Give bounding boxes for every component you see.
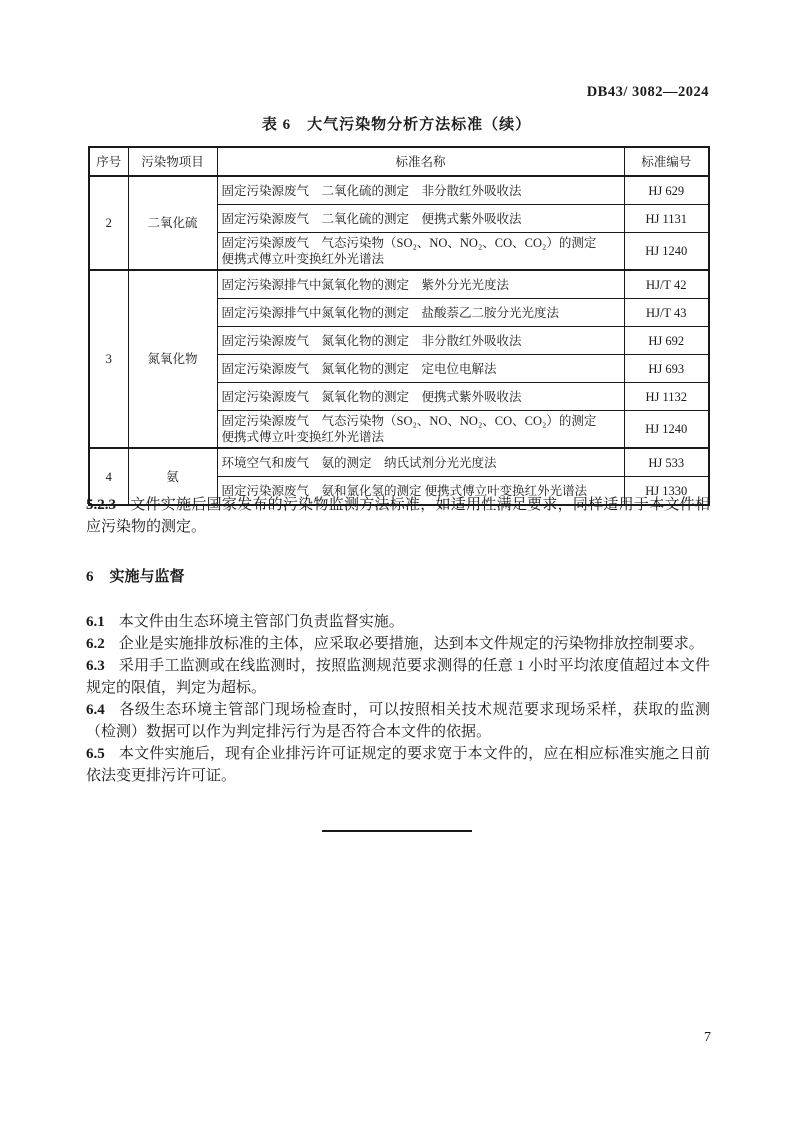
column-header-code: 标准编号: [624, 147, 709, 176]
document-page: DB43/ 3082—2024 表 6 大气污染物分析方法标准（续） 序号 污染…: [0, 0, 793, 1122]
column-header-pollutant: 污染物项目: [128, 147, 217, 176]
group-pollutant: 氮氧化物: [128, 270, 217, 448]
clause-text: 企业是实施排放标准的主体，应采取必要措施，达到本文件规定的污染物排放控制要求。: [119, 636, 704, 652]
standard-name: 固定污染源废气 氮氧化物的测定 非分散红外吸收法: [217, 327, 624, 355]
standard-name: 固定污染源废气 氮氧化物的测定 定电位电解法: [217, 355, 624, 383]
standard-name: 固定污染源排气中氮氧化物的测定 紫外分光光度法: [217, 270, 624, 299]
clause-number: 5.2.3: [86, 497, 116, 513]
standard-code: HJ 692: [624, 327, 709, 355]
standard-code: HJ 693: [624, 355, 709, 383]
standard-code: HJ/T 42: [624, 270, 709, 299]
standard-code: HJ/T 43: [624, 299, 709, 327]
clause-text: 本文件实施后，现有企业排污许可证规定的要求宽于本文件的，应在相应标准实施之日前依…: [86, 746, 710, 784]
body-text: 5.2.3文件实施后国家发布的污染物监测方法标准，如适用性满足要求，同样适用于本…: [86, 494, 710, 787]
standard-code: HJ 629: [624, 176, 709, 205]
clause-text: 文件实施后国家发布的污染物监测方法标准，如适用性满足要求，同样适用于本文件相应污…: [86, 497, 710, 535]
column-header-no: 序号: [89, 147, 128, 176]
column-header-name: 标准名称: [217, 147, 624, 176]
table-row: 2 二氧化硫 固定污染源废气 二氧化硫的测定 非分散红外吸收法 HJ 629: [89, 176, 709, 205]
clause-number: 6.5: [86, 746, 105, 762]
end-of-document-line: [322, 830, 472, 832]
clause-number: 6.4: [86, 702, 105, 718]
table-row: 4 氨 环境空气和废气 氨的测定 纳氏试剂分光光度法 HJ 533: [89, 448, 709, 477]
standard-code: HJ 1240: [624, 411, 709, 449]
clause-text: 本文件由生态环境主管部门负责监督实施。: [119, 614, 404, 630]
clause-6-1: 6.1本文件由生态环境主管部门负责监督实施。: [86, 611, 710, 633]
group-no: 2: [89, 176, 128, 270]
clause-number: 6.1: [86, 614, 105, 630]
clause-5-2-3: 5.2.3文件实施后国家发布的污染物监测方法标准，如适用性满足要求，同样适用于本…: [86, 494, 710, 538]
clause-6-2: 6.2企业是实施排放标准的主体，应采取必要措施，达到本文件规定的污染物排放控制要…: [86, 633, 710, 655]
clause-number: 6.3: [86, 658, 105, 674]
standard-name: 环境空气和废气 氨的测定 纳氏试剂分光光度法: [217, 448, 624, 477]
standards-table: 序号 污染物项目 标准名称 标准编号 2 二氧化硫 固定污染源废气 二氧化硫的测…: [88, 146, 710, 506]
clause-list: 6.1本文件由生态环境主管部门负责监督实施。 6.2企业是实施排放标准的主体，应…: [86, 611, 710, 787]
clause-6-5: 6.5本文件实施后，现有企业排污许可证规定的要求宽于本文件的，应在相应标准实施之…: [86, 743, 710, 787]
clause-6-4: 6.4各级生态环境主管部门现场检查时，可以按照相关技术规范要求现场采样，获取的监…: [86, 699, 710, 743]
page-number: 7: [704, 1030, 711, 1046]
table-title: 表 6 大气污染物分析方法标准（续）: [0, 113, 793, 134]
standard-name: 固定污染源废气 二氧化硫的测定 便携式紫外吸收法: [217, 205, 624, 233]
section-6-heading: 6实施与监督: [86, 566, 710, 588]
standard-code: HJ 1131: [624, 205, 709, 233]
clause-text: 各级生态环境主管部门现场检查时，可以按照相关技术规范要求现场采样，获取的监测（检…: [86, 702, 710, 740]
table-row: 3 氮氧化物 固定污染源排气中氮氧化物的测定 紫外分光光度法 HJ/T 42: [89, 270, 709, 299]
standard-name: 固定污染源废气 氮氧化物的测定 便携式紫外吸收法: [217, 383, 624, 411]
standard-code: HJ 1240: [624, 233, 709, 271]
section-number: 6: [86, 569, 94, 585]
standard-code: HJ 1132: [624, 383, 709, 411]
table-header-row: 序号 污染物项目 标准名称 标准编号: [89, 147, 709, 176]
standard-name: 固定污染源废气 气态污染物（SO₂、NO、NO₂、CO、CO₂）的测定 便携式傅…: [217, 411, 624, 449]
section-title: 实施与监督: [110, 569, 185, 585]
group-pollutant: 二氧化硫: [128, 176, 217, 270]
standard-code: HJ 533: [624, 448, 709, 477]
standard-name: 固定污染源废气 气态污染物（SO₂、NO、NO₂、CO、CO₂）的测定 便携式傅…: [217, 233, 624, 271]
doc-code: DB43/ 3082—2024: [587, 84, 709, 101]
group-no: 3: [89, 270, 128, 448]
standard-name: 固定污染源排气中氮氧化物的测定 盐酸萘乙二胺分光光度法: [217, 299, 624, 327]
clause-text: 采用手工监测或在线监测时，按照监测规范要求测得的任意 1 小时平均浓度值超过本文…: [86, 658, 710, 696]
clause-number: 6.2: [86, 636, 105, 652]
clause-6-3: 6.3采用手工监测或在线监测时，按照监测规范要求测得的任意 1 小时平均浓度值超…: [86, 655, 710, 699]
standard-name: 固定污染源废气 二氧化硫的测定 非分散红外吸收法: [217, 176, 624, 205]
